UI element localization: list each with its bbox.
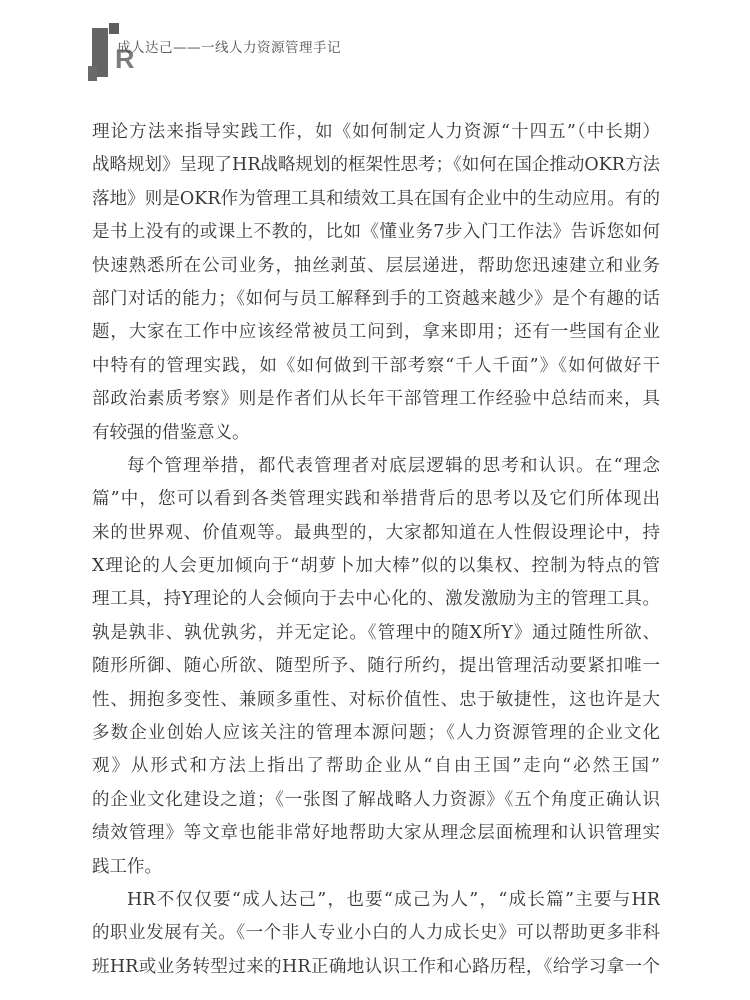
text-line: 理论方法来指导实践工作，如《如何制定人力资源“十四五”（中长期） xyxy=(92,116,660,149)
text-line: 绩效管理》等文章也能非常好地帮助大家从理念层面梳理和认识管理实 xyxy=(92,817,660,850)
book-page: R 成人达己——一线人力资源管理手记 理论方法来指导实践工作，如《如何制定人力资… xyxy=(0,0,750,1000)
running-head: 成人达己——一线人力资源管理手记 xyxy=(117,36,341,56)
text-line: 孰是孰非、孰优孰劣，并无定论。《管理中的随X所Y》通过随性所欲、 xyxy=(92,617,660,650)
text-line: 战略规划》呈现了HR战略规划的框架性思考；《如何在国企推动OKR方法 xyxy=(92,149,660,182)
text-line: 每个管理举措，都代表管理者对底层逻辑的思考和认识。在“理念 xyxy=(92,450,660,483)
text-line: 性、拥抱多变性、兼顾多重性、对标价值性、忠于敏捷性，这也许是大 xyxy=(92,684,660,717)
text-line: 观》从形式和方法上指出了帮助企业从“自由王国”走向“必然王国” xyxy=(92,750,660,783)
text-line: 题，大家在工作中应该经常被员工问到，拿来即用；还有一些国有企业 xyxy=(92,316,660,349)
hr-logo-square-top xyxy=(109,23,119,34)
text-line: X理论的人会更加倾向于“胡萝卜加大棒”似的以集权、控制为特点的管 xyxy=(92,550,660,583)
text-line: 篇”中，您可以看到各类管理实践和举措背后的思考以及它们所体现出 xyxy=(92,483,660,516)
text-line: 的企业文化建设之道；《一张图了解战略人力资源》《五个角度正确认识 xyxy=(92,784,660,817)
text-line: 的职业发展有关。《一个非人专业小白的人力成长史》可以帮助更多非科 xyxy=(92,917,660,950)
text-line: 随形所御、随心所欲、随型所予、随行所约，提出管理活动要紧扣唯一 xyxy=(92,650,660,683)
page-text: 理论方法来指导实践工作，如《如何制定人力资源“十四五”（中长期）战略规划》呈现了… xyxy=(92,116,660,984)
text-line: 部门对话的能力；《如何与员工解释到手的工资越来越少》是个有趣的话 xyxy=(92,283,660,316)
text-line: 快速熟悉所在公司业务，抽丝剥茧、层层递进，帮助您迅速建立和业务 xyxy=(92,250,660,283)
text-line: 理工具，持Y理论的人会倾向于去中心化的、激发激励为主的管理工具。 xyxy=(92,583,660,616)
text-line: 是书上没有的或课上不教的，比如《懂业务7步入门工作法》告诉您如何 xyxy=(92,216,660,249)
text-line: 践工作。 xyxy=(92,851,660,884)
text-line: 有较强的借鉴意义。 xyxy=(92,417,660,450)
text-line: HR不仅仅要“成人达己”，也要“成己为人”，“成长篇”主要与HR xyxy=(92,884,660,917)
text-line: 部政治素质考察》则是作者们从长年干部管理工作经验中总结而来，具 xyxy=(92,383,660,416)
text-line: 来的世界观、价值观等。最典型的，大家都知道在人性假设理论中，持 xyxy=(92,517,660,550)
text-line: 中特有的管理实践，如《如何做到干部考察“千人千面”》《如何做好干 xyxy=(92,350,660,383)
text-line: 落地》则是OKR作为管理工具和绩效工具在国有企业中的生动应用。有的 xyxy=(92,183,660,216)
text-line: 多数企业创始人应该关注的管理本源问题；《人力资源管理的企业文化 xyxy=(92,717,660,750)
text-line: 班HR或业务转型过来的HR正确地认识工作和心路历程，《给学习拿一个结 xyxy=(92,951,660,984)
hr-logo-square-bottom xyxy=(88,66,97,81)
